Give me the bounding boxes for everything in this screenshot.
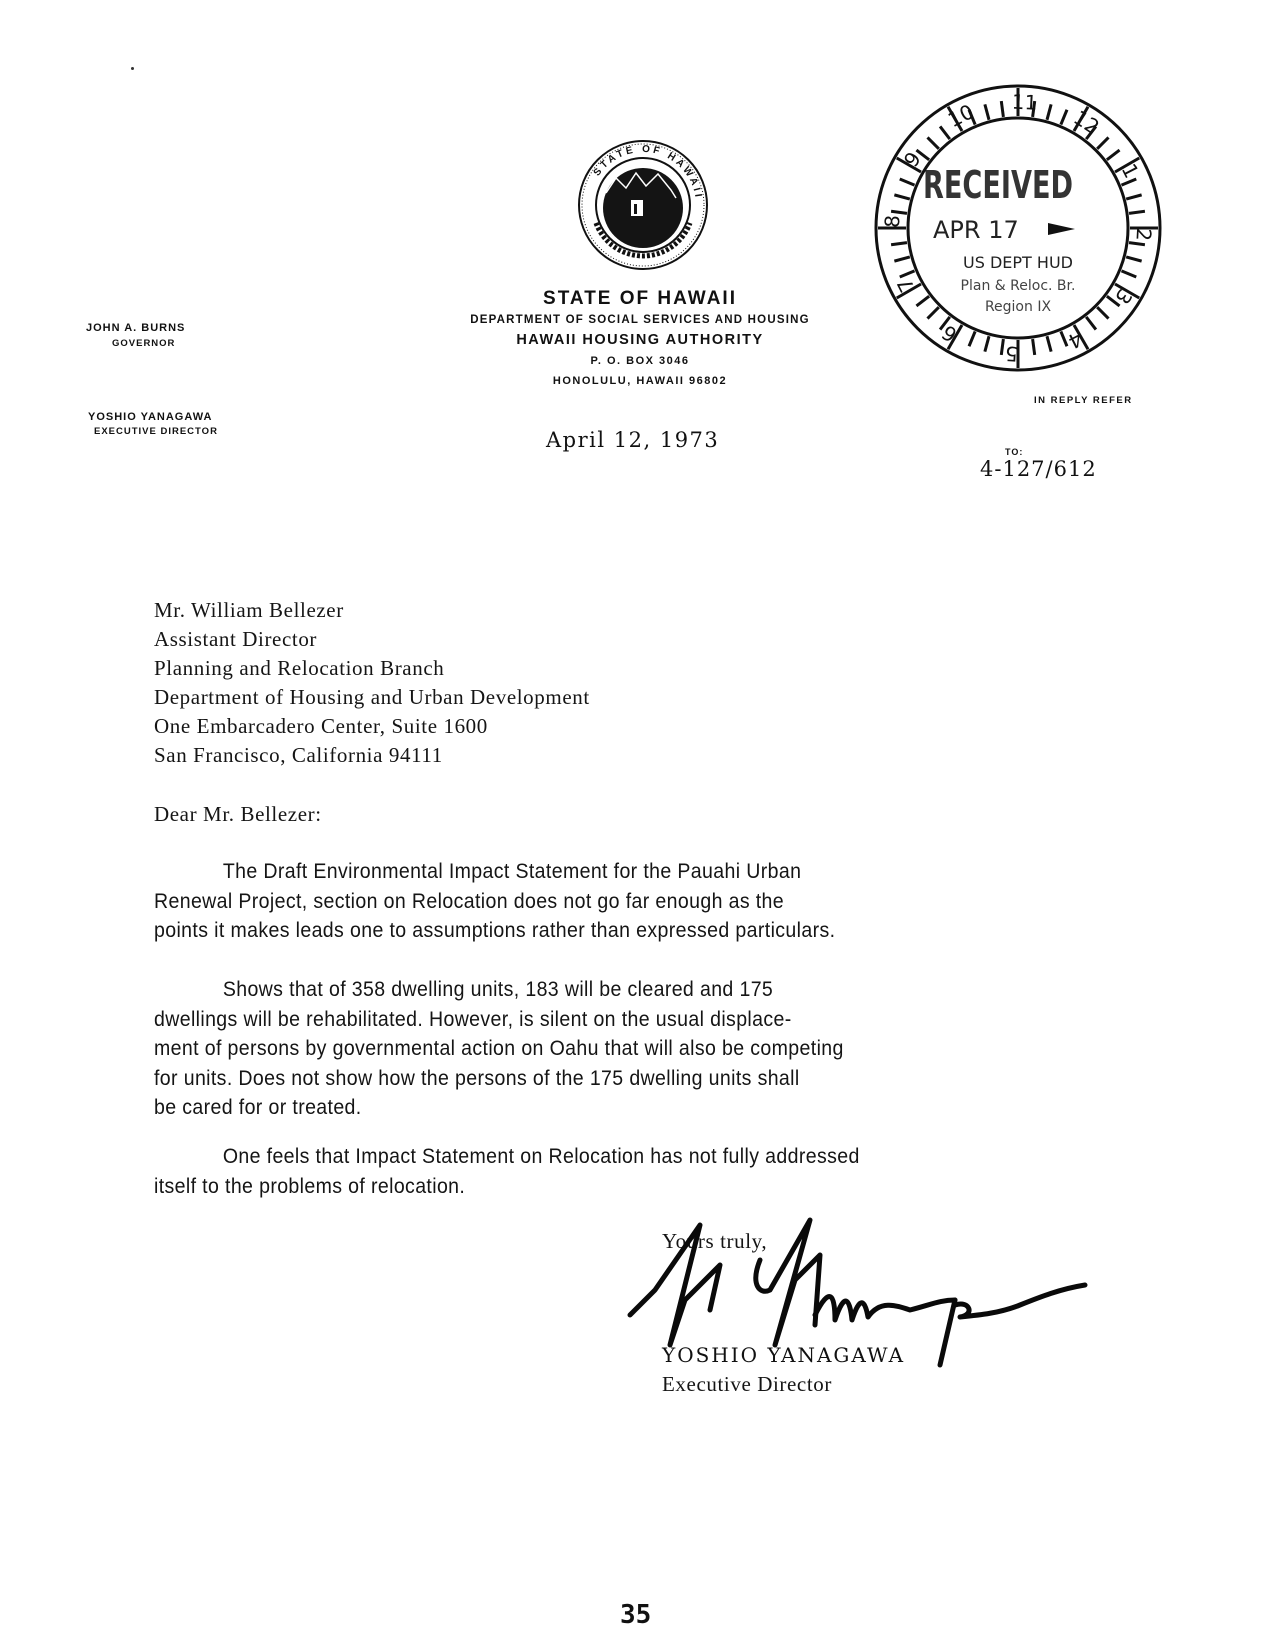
paragraph-line: Renewal Project, section on Relocation d… xyxy=(154,887,1065,917)
svg-text:3: 3 xyxy=(1110,285,1137,309)
po-box: P. O. BOX 3046 xyxy=(430,351,850,371)
received-stamp-icon: 101112123456789 RECEIVED APR 17 US DEPT … xyxy=(873,83,1163,373)
recipient-address: Mr. William Bellezer Assistant Director … xyxy=(154,596,590,770)
paragraph-line: itself to the problems of relocation. xyxy=(154,1172,1065,1202)
svg-text:6: 6 xyxy=(937,320,961,347)
page-number: 35 xyxy=(620,1600,651,1630)
svg-text:8: 8 xyxy=(880,214,905,228)
letter-date: April 12, 1973 xyxy=(546,428,719,452)
address-line: One Embarcadero Center, Suite 1600 xyxy=(154,712,590,741)
director-block: YOSHIO YANAGAWA EXECUTIVE DIRECTOR xyxy=(88,411,218,437)
paragraph-line: One feels that Impact Statement on Reloc… xyxy=(223,1145,860,1168)
reply-to-label: TO: xyxy=(1005,447,1023,457)
salutation: Dear Mr. Bellezer: xyxy=(154,800,322,829)
svg-text:7: 7 xyxy=(892,274,919,296)
director-name: YOSHIO YANAGAWA xyxy=(88,411,218,423)
city-address: HONOLULU, HAWAII 96802 xyxy=(430,371,850,391)
svg-text:4: 4 xyxy=(1064,327,1086,354)
body-paragraph: Shows that of 358 dwelling units, 183 wi… xyxy=(154,975,1065,1123)
svg-text:2: 2 xyxy=(1132,228,1157,242)
svg-text:Plan & Reloc. Br.: Plan & Reloc. Br. xyxy=(961,278,1076,294)
paragraph-line: for units. Does not show how the persons… xyxy=(154,1064,1065,1094)
svg-text:1: 1 xyxy=(1117,160,1144,182)
body-paragraph: The Draft Environmental Impact Statement… xyxy=(154,857,1065,946)
paragraph-line: ment of persons by governmental action o… xyxy=(154,1034,1065,1064)
svg-text:US DEPT HUD: US DEPT HUD xyxy=(963,253,1073,272)
address-line: San Francisco, California 94111 xyxy=(154,741,590,770)
body-paragraph: One feels that Impact Statement on Reloc… xyxy=(154,1142,1065,1201)
paragraph-line: dwellings will be rehabilitated. However… xyxy=(154,1005,1065,1035)
state-seal-icon: STATE OF HAWAII xyxy=(576,138,710,272)
svg-text:RECEIVED: RECEIVED xyxy=(923,163,1073,207)
svg-text:9: 9 xyxy=(899,147,926,171)
governor-title: GOVERNOR xyxy=(86,338,185,349)
address-line: Mr. William Bellezer xyxy=(154,596,590,625)
paragraph-line: Shows that of 358 dwelling units, 183 wi… xyxy=(223,978,773,1001)
director-title: EXECUTIVE DIRECTOR xyxy=(88,426,218,437)
address-line: Assistant Director xyxy=(154,625,590,654)
state-name: STATE OF HAWAII xyxy=(430,287,850,311)
paragraph-line: points it makes leads one to assumptions… xyxy=(154,916,1065,946)
department-name: DEPARTMENT OF SOCIAL SERVICES AND HOUSIN… xyxy=(430,311,850,329)
speck xyxy=(131,67,134,70)
address-line: Planning and Relocation Branch xyxy=(154,654,590,683)
governor-name: JOHN A. BURNS xyxy=(86,322,185,334)
svg-text:APR 17: APR 17 xyxy=(933,216,1019,244)
paragraph-line: The Draft Environmental Impact Statement… xyxy=(223,860,801,883)
svg-text:Region IX: Region IX xyxy=(985,299,1052,315)
svg-text:11: 11 xyxy=(1011,90,1038,115)
signature-icon xyxy=(610,1205,1090,1375)
reference-number: 4-127/612 xyxy=(980,457,1097,481)
letterhead: STATE OF HAWAII DEPARTMENT OF SOCIAL SER… xyxy=(430,287,850,391)
svg-text:5: 5 xyxy=(1004,342,1018,367)
address-line: Department of Housing and Urban Developm… xyxy=(154,683,590,712)
authority-name: HAWAII HOUSING AUTHORITY xyxy=(430,329,850,351)
paragraph-line: be cared for or treated. xyxy=(154,1093,1065,1123)
governor-block: JOHN A. BURNS GOVERNOR xyxy=(86,322,185,349)
reply-refer-label: IN REPLY REFER xyxy=(1034,395,1133,406)
